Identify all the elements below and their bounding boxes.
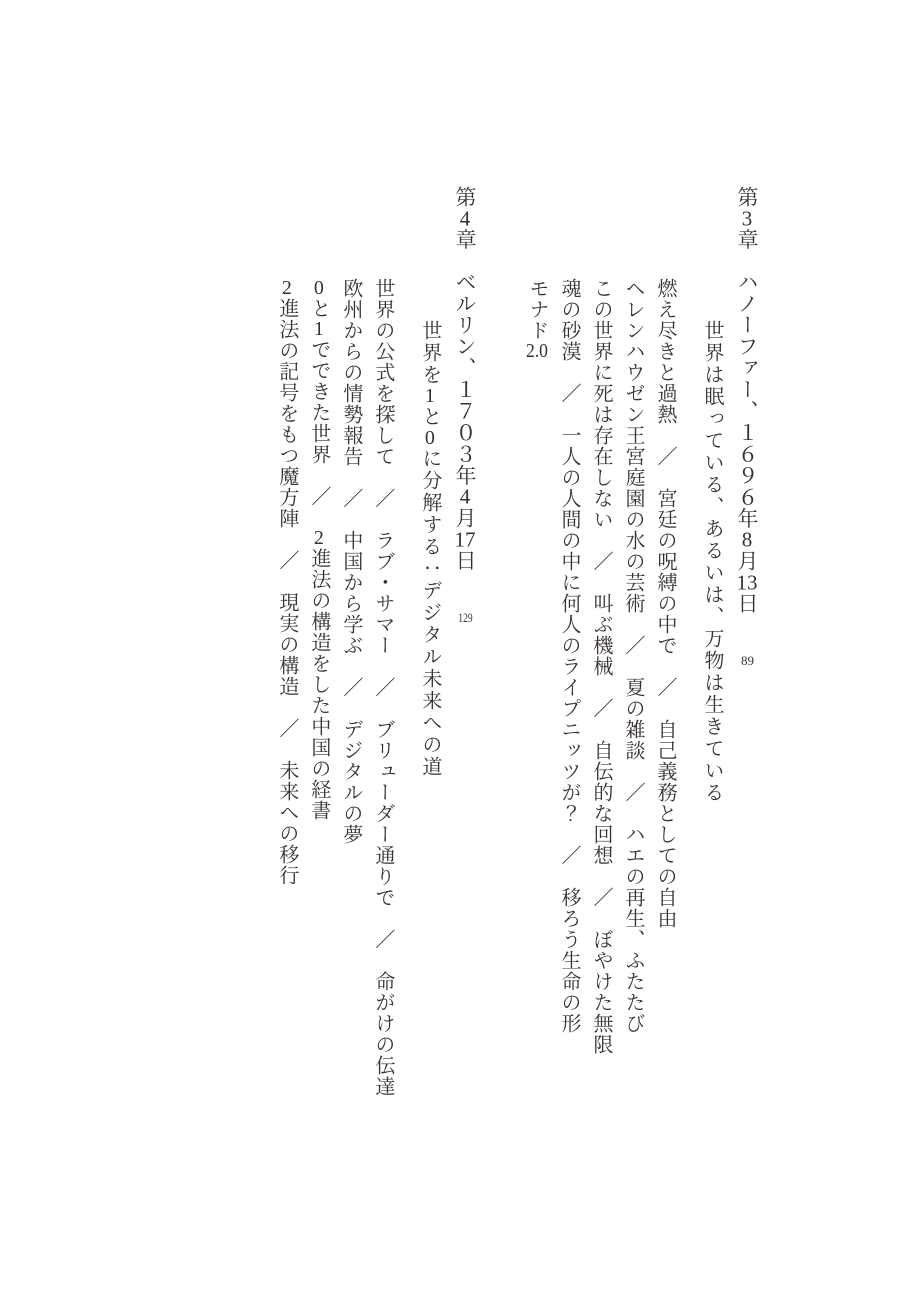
chapter4-page-number: 129	[458, 611, 473, 624]
chapter4-section-entry-3: 0と1でできた世界 ／ 2進法の構造をした中国の経書	[308, 0, 329, 1313]
chapter3-title: ハノーファー、１６９６年8月13日	[735, 271, 759, 614]
chapter4-heading-column: 第4章ベルリン、１７０３年4月17日129	[454, 0, 476, 1313]
chapter3-number: 第3章	[735, 186, 759, 250]
chapter3-heading-column: 第3章ハノーファー、１６９６年8月13日89	[736, 0, 758, 1313]
chapter4-section-entry-2: 欧州からの情勢報告 ／ 中国から学ぶ ／ デジタルの夢	[340, 0, 361, 1313]
chapter4-subtitle: 世界を1と0に分解する：デジタル未来への道	[419, 0, 440, 1313]
chapter3-subtitle: 世界は眠っている、あるいは、万物は生きている	[701, 0, 722, 1313]
chapter3-section-entry-4: 魂の砂漠 ／ 一人の人間の中に何人のライプニッツが？ ／ 移ろう生命の形	[558, 0, 579, 1313]
table-of-contents: 第3章ハノーファー、１６９６年8月13日89 世界は眠っている、あるいは、万物は…	[276, 0, 758, 1313]
chapter4-title: ベルリン、１７０３年4月17日	[453, 271, 477, 571]
chapter4-section-entry-4: 2進法の記号をもつ魔方陣 ／ 現実の構造 ／ 未来への移行	[276, 0, 297, 1313]
chapter3-section-entry-3: この世界に死は存在しない ／ 叫ぶ機械 ／ 自伝的な回想 ／ ぼやけた無限	[590, 0, 611, 1313]
chapter4-section-entry-1: 世界の公式を探して ／ ラブ・サマー ／ ブリューダー通りで ／ 命がけの伝達	[372, 0, 393, 1313]
chapter3-section-entry-5: モナド2.0	[526, 0, 547, 1313]
book-toc-page: 第3章ハノーファー、１６９６年8月13日89 世界は眠っている、あるいは、万物は…	[0, 0, 900, 1313]
chapter3-section-entry-1: 燃え尽きと過熱 ／ 宮廷の呪縛の中で ／ 自己義務としての自由	[654, 0, 675, 1313]
chapter3-page-number: 89	[740, 654, 755, 667]
chapter4-number: 第4章	[453, 186, 477, 250]
chapter3-section-entry-2: ヘレンハウゼン王宮庭園の水の芸術 ／ 夏の雑談 ／ ハエの再生、ふたたび	[622, 0, 643, 1313]
